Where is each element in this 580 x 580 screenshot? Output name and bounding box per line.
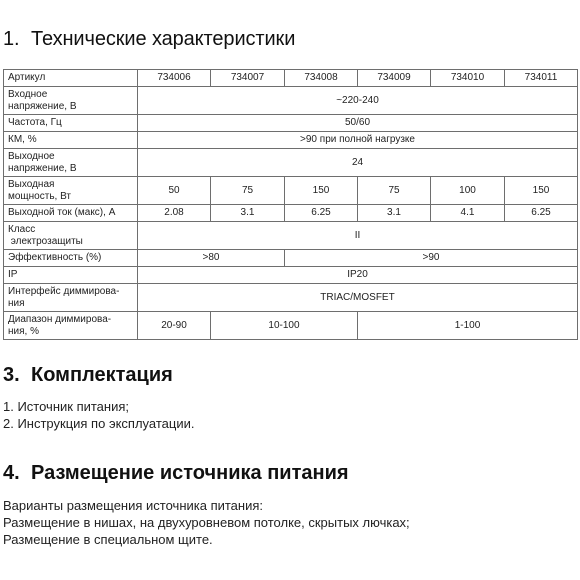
row-label: IP: [4, 267, 138, 284]
value-cell: 3.1: [358, 205, 431, 222]
value-cell: 3.1: [211, 205, 285, 222]
placement-text: Варианты размещения источника питания: Р…: [3, 497, 410, 548]
article-cell: 734008: [285, 70, 358, 87]
section-3-heading: 3.Комплектация: [3, 364, 173, 387]
value-cell: >80: [138, 250, 285, 267]
value-cell: 150: [285, 177, 358, 205]
section-4-heading: 4.Размещение источника питания: [3, 462, 349, 485]
row-label: Класс электрозащиты: [4, 222, 138, 250]
value-cell: 6.25: [285, 205, 358, 222]
article-cell: 734010: [431, 70, 505, 87]
row-label: Выходной ток (макс), А: [4, 205, 138, 222]
table-row-ip: IP IP20: [4, 267, 578, 284]
value-cell: 1-100: [358, 312, 578, 340]
section-1-heading: 1.Технические характеристики: [3, 28, 295, 51]
value-cell: 24: [138, 149, 578, 177]
section-4-title: Размещение источника питания: [31, 462, 349, 484]
row-label: КМ, %: [4, 132, 138, 149]
table-row-output-current: Выходной ток (макс), А 2.08 3.1 6.25 3.1…: [4, 205, 578, 222]
article-cell: 734007: [211, 70, 285, 87]
section-1-title: Технические характеристики: [31, 28, 295, 50]
table-row-efficiency: Эффективность (%) >80 >90: [4, 250, 578, 267]
section-1-number: 1.: [3, 28, 31, 51]
value-cell: TRIAC/MOSFET: [138, 284, 578, 312]
placement-lead: Варианты размещения источника питания:: [3, 497, 410, 514]
row-label: Выходнаямощность, Вт: [4, 177, 138, 205]
value-cell: 50/60: [138, 115, 578, 132]
value-cell: II: [138, 222, 578, 250]
value-cell: >90 при полной нагрузке: [138, 132, 578, 149]
value-cell: IP20: [138, 267, 578, 284]
value-cell: 2.08: [138, 205, 211, 222]
section-4-number: 4.: [3, 462, 31, 485]
row-label: Эффективность (%): [4, 250, 138, 267]
value-cell: 150: [505, 177, 578, 205]
value-cell: 100: [431, 177, 505, 205]
table-row-output-power: Выходнаямощность, Вт 50 75 150 75 100 15…: [4, 177, 578, 205]
specifications-table: Артикул 734006 734007 734008 734009 7340…: [3, 69, 578, 340]
section-3-number: 3.: [3, 364, 31, 387]
table-row-output-voltage: Выходноенапряжение, В 24: [4, 149, 578, 177]
row-label: Входноенапряжение, В: [4, 87, 138, 115]
section-3-title: Комплектация: [31, 364, 173, 386]
value-cell: 75: [358, 177, 431, 205]
value-cell: 10-100: [211, 312, 358, 340]
article-cell: 734006: [138, 70, 211, 87]
table-row-input-voltage: Входноенапряжение, В ~220-240: [4, 87, 578, 115]
table-row-power-factor: КМ, % >90 при полной нагрузке: [4, 132, 578, 149]
table-row-article: Артикул 734006 734007 734008 734009 7340…: [4, 70, 578, 87]
value-cell: 75: [211, 177, 285, 205]
list-item: 1. Источник питания;: [3, 398, 194, 415]
placement-line: Размещение в нишах, на двухуровневом пот…: [3, 514, 410, 531]
table-row-dimming-interface: Интерфейс диммирова-ния TRIAC/MOSFET: [4, 284, 578, 312]
table-row-frequency: Частота, Гц 50/60: [4, 115, 578, 132]
placement-line: Размещение в специальном щите.: [3, 531, 410, 548]
value-cell: 6.25: [505, 205, 578, 222]
value-cell: >90: [285, 250, 578, 267]
row-label: Выходноенапряжение, В: [4, 149, 138, 177]
row-label: Диапазон диммирова-ния, %: [4, 312, 138, 340]
table-row-protection-class: Класс электрозащиты II: [4, 222, 578, 250]
list-item: 2. Инструкция по эксплуатации.: [3, 415, 194, 432]
value-cell: 20-90: [138, 312, 211, 340]
package-contents-list: 1. Источник питания; 2. Инструкция по эк…: [3, 398, 194, 432]
article-cell: 734009: [358, 70, 431, 87]
value-cell: 4.1: [431, 205, 505, 222]
article-cell: 734011: [505, 70, 578, 87]
value-cell: ~220-240: [138, 87, 578, 115]
row-label: Интерфейс диммирова-ния: [4, 284, 138, 312]
row-label: Частота, Гц: [4, 115, 138, 132]
table-row-dimming-range: Диапазон диммирова-ния, % 20-90 10-100 1…: [4, 312, 578, 340]
row-label: Артикул: [4, 70, 138, 87]
value-cell: 50: [138, 177, 211, 205]
